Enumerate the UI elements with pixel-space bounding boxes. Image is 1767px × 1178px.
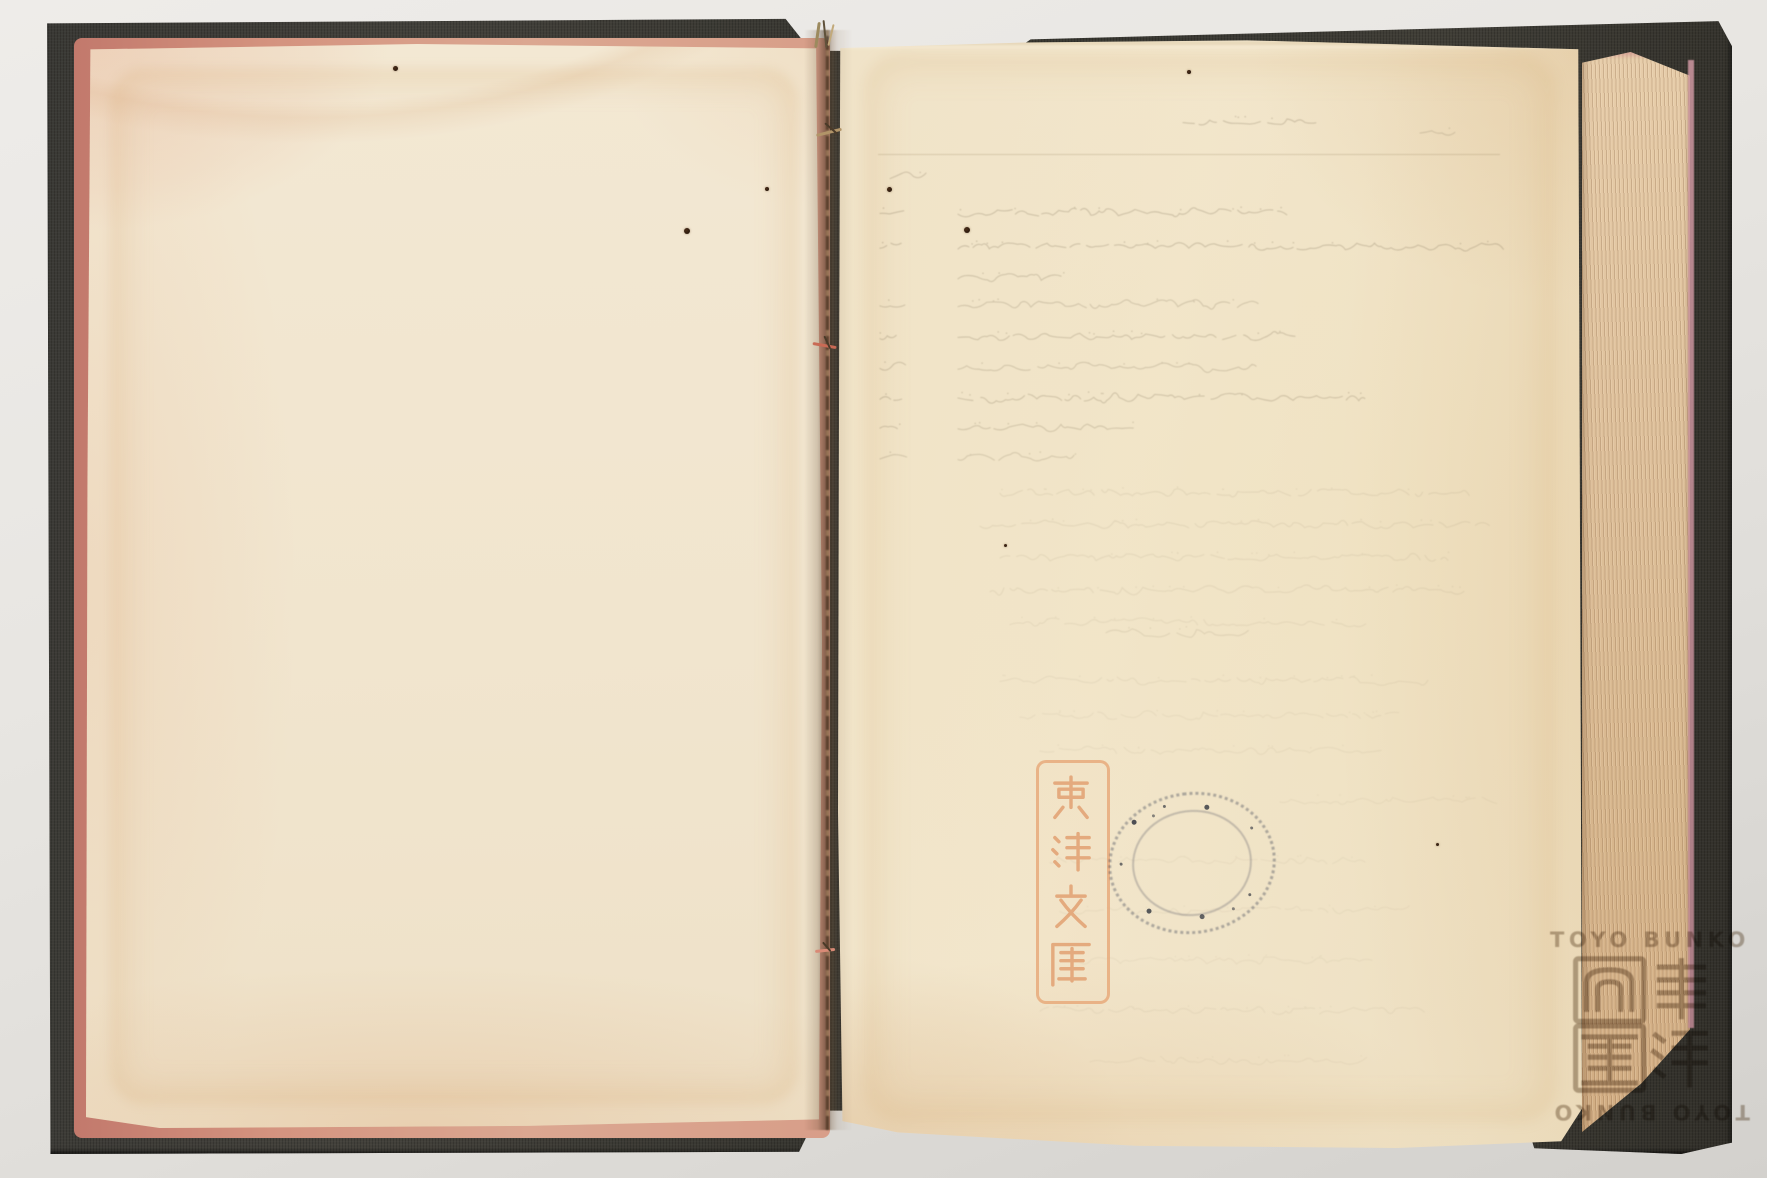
wormhole-dot: [684, 228, 690, 234]
spine-gutter: [804, 30, 852, 1130]
red-seal-stamp: [1036, 760, 1110, 1004]
wormhole-dot: [1004, 544, 1007, 547]
binding-thread: [826, 30, 829, 1130]
wormhole-dot: [887, 187, 892, 192]
seal-characters-icon: [1042, 767, 1100, 995]
oval-stamp-ink-speckles: [1100, 802, 1103, 805]
seal-char-culture-icon: [1057, 886, 1085, 926]
right-page-water-stain: [864, 54, 1556, 1122]
fore-edge-page-block: [1582, 52, 1690, 1132]
right-page: [838, 28, 1582, 1148]
wormhole-dot: [393, 66, 398, 71]
wormhole-dot: [1436, 843, 1439, 846]
wormhole-dot: [964, 227, 970, 233]
left-page-water-stain: [110, 68, 798, 1104]
left-page: [86, 44, 822, 1128]
seal-char-east-icon: [1055, 777, 1087, 817]
gutter-top-threads: [808, 20, 842, 50]
oval-ink-stamp: [1100, 782, 1284, 943]
fore-edge-pink-line: [1688, 60, 1694, 1028]
seal-char-ocean-icon: [1053, 834, 1089, 870]
wormhole-dot: [1187, 70, 1191, 74]
wormhole-dot: [765, 187, 769, 191]
header-rule-line: [878, 154, 1500, 155]
seal-char-storehouse-icon: [1053, 945, 1089, 985]
book-photograph: TOYO BUNKO TOYO BUNKO: [0, 0, 1767, 1178]
